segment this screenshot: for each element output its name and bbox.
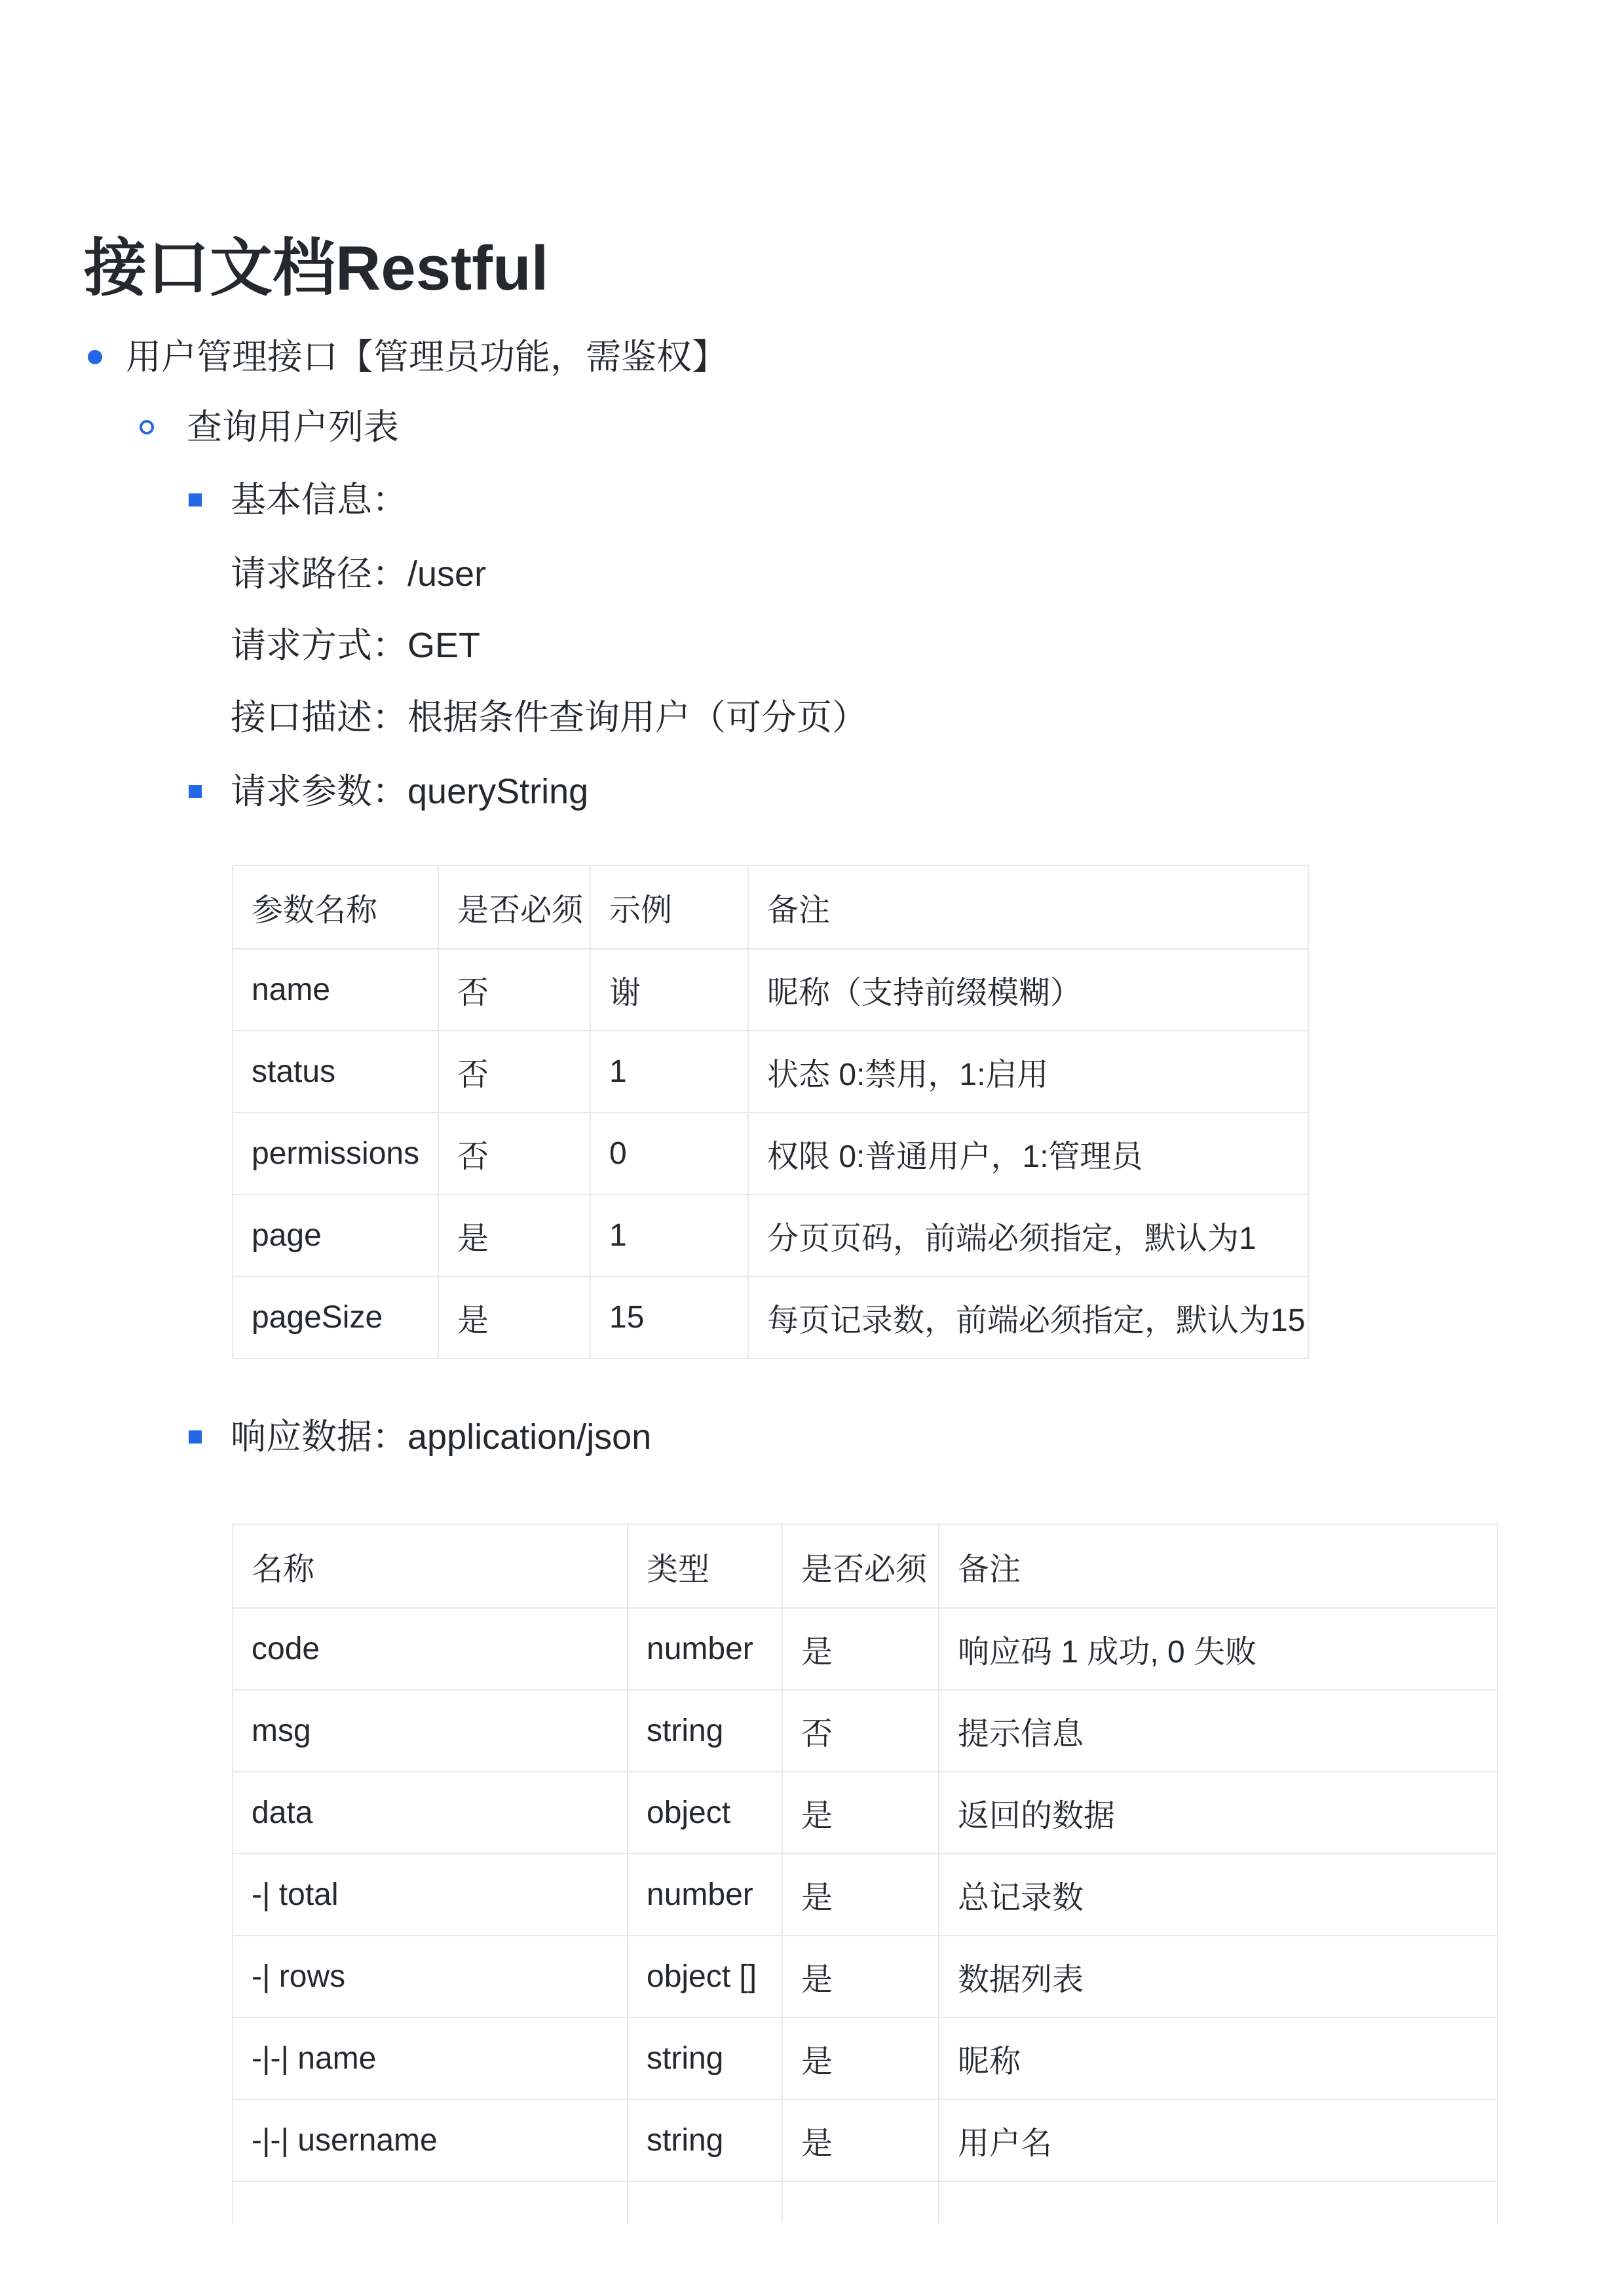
table-header-cell: 备注	[748, 866, 1308, 949]
request-params-table: 参数名称是否必须示例备注name否谢昵称（支持前缀模糊）status否1状态 0…	[232, 865, 1309, 1359]
table-cell: 状态 0:禁用，1:启用	[748, 1031, 1308, 1113]
table-cell: pageSize	[233, 1276, 438, 1358]
table-cell: 否	[438, 1031, 590, 1113]
list-item-label: 请求参数：queryString	[231, 772, 588, 811]
list-item-user-management: 用户管理接口【管理员功能，需鉴权】	[126, 337, 727, 377]
table-row: msgstring否提示信息	[233, 1690, 1498, 1772]
table-cell: 总记录数	[939, 1854, 1498, 1936]
table-cell: 是	[782, 1936, 939, 2018]
table-row: pageSize是15每页记录数，前端必须指定，默认为15	[233, 1276, 1308, 1358]
api-description-line: 接口描述：根据条件查询用户（可分页）	[231, 698, 867, 737]
table-header-cell: 参数名称	[233, 866, 438, 949]
bullet-hollow-circle-icon	[140, 420, 154, 434]
response-table: 名称类型是否必须备注codenumber是响应码 1 成功, 0 失败msgst…	[232, 1523, 1498, 2223]
table-cell: -| total	[233, 1854, 628, 1936]
table-row: -| rowsobject []是数据列表	[233, 1936, 1498, 2018]
table-cell: -|-| name	[233, 2018, 628, 2099]
table-cell: number	[628, 1854, 782, 1936]
request-method-text: 请求方式：GET	[231, 626, 480, 665]
bullet-square-icon	[189, 785, 202, 798]
table-cell	[939, 2181, 1498, 2223]
table-header-row: 名称类型是否必须备注	[233, 1524, 1498, 1608]
table-cell: page	[233, 1195, 438, 1276]
table-cell: 是	[782, 1854, 939, 1936]
table-header-cell: 类型	[628, 1524, 782, 1608]
table-cell: 昵称	[939, 2018, 1498, 2099]
list-item-response-data: 响应数据：application/json	[231, 1417, 651, 1457]
table-row: -|-| namestring是昵称	[233, 2018, 1498, 2099]
table-row: status否1状态 0:禁用，1:启用	[233, 1031, 1308, 1113]
table-cell: object []	[628, 1936, 782, 2018]
table-row: permissions否0权限 0:普通用户，1:管理员	[233, 1113, 1308, 1195]
table-cell	[782, 2181, 939, 2223]
table-cell: 否	[438, 1113, 590, 1195]
table-cell: 昵称（支持前缀模糊）	[748, 949, 1308, 1031]
table-cell: 否	[438, 949, 590, 1031]
table-cell: 数据列表	[939, 1936, 1498, 2018]
table-cell: 0	[590, 1113, 748, 1195]
response-table-container: 名称类型是否必须备注codenumber是响应码 1 成功, 0 失败msgst…	[232, 1523, 1542, 2223]
page-title: 接口文档Restful	[84, 231, 548, 306]
table-cell	[233, 2181, 628, 2223]
table-cell: 是	[438, 1276, 590, 1358]
list-item-request-params: 请求参数：queryString	[231, 772, 588, 811]
table-row-partial	[233, 2181, 1498, 2223]
table-cell: 响应码 1 成功, 0 失败	[939, 1608, 1498, 1690]
table-row: -| totalnumber是总记录数	[233, 1854, 1498, 1936]
table-cell: 1	[590, 1031, 748, 1113]
table-cell: -|-| username	[233, 2099, 628, 2181]
table-cell: 是	[782, 2099, 939, 2181]
table-cell: 返回的数据	[939, 1772, 1498, 1854]
table-row: codenumber是响应码 1 成功, 0 失败	[233, 1608, 1498, 1690]
bullet-square-icon	[189, 1430, 202, 1444]
table-cell: data	[233, 1772, 628, 1854]
table-cell: 1	[590, 1195, 748, 1276]
table-cell: 权限 0:普通用户，1:管理员	[748, 1113, 1308, 1195]
table-cell: name	[233, 949, 438, 1031]
table-cell: number	[628, 1608, 782, 1690]
list-item-label: 查询用户列表	[187, 408, 399, 447]
table-row: page是1分页页码，前端必须指定，默认为1	[233, 1195, 1308, 1276]
table-cell: object	[628, 1772, 782, 1854]
table-cell: 谢	[590, 949, 748, 1031]
table-cell: 是	[782, 2018, 939, 2099]
list-item-label: 用户管理接口【管理员功能，需鉴权】	[126, 337, 727, 377]
table-cell	[628, 2181, 782, 2223]
request-method-line: 请求方式：GET	[231, 626, 480, 665]
table-cell: 用户名	[939, 2099, 1498, 2181]
table-cell: status	[233, 1031, 438, 1113]
table-cell: permissions	[233, 1113, 438, 1195]
list-item-basic-info: 基本信息：	[231, 480, 407, 520]
table-header-cell: 示例	[590, 866, 748, 949]
request-path-line: 请求路径：/user	[231, 554, 486, 594]
table-cell: 15	[590, 1276, 748, 1358]
bullet-square-icon	[189, 493, 202, 507]
table-cell: -| rows	[233, 1936, 628, 2018]
table-header-row: 参数名称是否必须示例备注	[233, 866, 1308, 949]
table-cell: msg	[233, 1690, 628, 1772]
table-header-cell: 是否必须	[438, 866, 590, 949]
list-item-label: 基本信息：	[231, 480, 407, 520]
table-cell: 每页记录数，前端必须指定，默认为15	[748, 1276, 1308, 1358]
table-cell: 分页页码，前端必须指定，默认为1	[748, 1195, 1308, 1276]
table-cell: 是	[782, 1772, 939, 1854]
table-row: dataobject是返回的数据	[233, 1772, 1498, 1854]
table-header-cell: 备注	[939, 1524, 1498, 1608]
table-row: name否谢昵称（支持前缀模糊）	[233, 949, 1308, 1031]
table-cell: string	[628, 2018, 782, 2099]
table-row: -|-| usernamestring是用户名	[233, 2099, 1498, 2181]
list-item-query-user-list: 查询用户列表	[187, 408, 399, 447]
table-cell: 提示信息	[939, 1690, 1498, 1772]
table-cell: 是	[438, 1195, 590, 1276]
table-cell: string	[628, 2099, 782, 2181]
table-cell: 否	[782, 1690, 939, 1772]
table-header-cell: 名称	[233, 1524, 628, 1608]
table-cell: code	[233, 1608, 628, 1690]
request-path-text: 请求路径：/user	[231, 554, 486, 594]
request-params-table-container: 参数名称是否必须示例备注name否谢昵称（支持前缀模糊）status否1状态 0…	[232, 865, 1309, 1359]
table-cell: 是	[782, 1608, 939, 1690]
bullet-filled-circle-icon	[88, 350, 102, 364]
table-cell: string	[628, 1690, 782, 1772]
api-description-text: 接口描述：根据条件查询用户（可分页）	[231, 698, 867, 737]
list-item-label: 响应数据：application/json	[231, 1417, 651, 1457]
table-header-cell: 是否必须	[782, 1524, 939, 1608]
